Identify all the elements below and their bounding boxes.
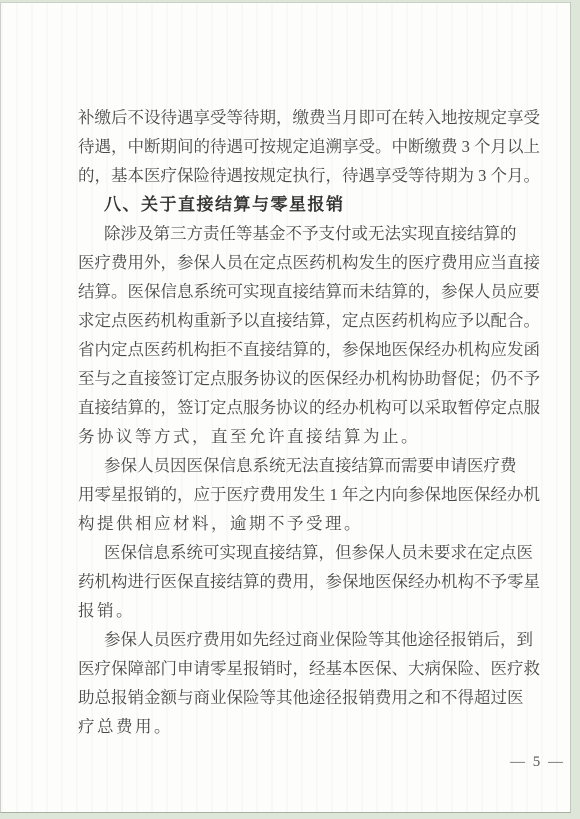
text-line: 医疗费用外，参保人员在定点医药机构发生的医疗费用应当直接: [78, 248, 508, 277]
text-line: 报销。: [78, 596, 508, 625]
text-line: 结算。医保信息系统可实现直接结算而未结算的，参保人员应要: [78, 277, 508, 306]
text-line: 至与之直接签订定点服务协议的医保经办机构协助督促；仍不予: [78, 364, 508, 393]
document-body: 补缴后不设待遇享受等待期，缴费当月即可在转入地按规定享受待遇，中断期间的待遇可按…: [1, 3, 570, 741]
text-line: 务协议等方式，直至允许直接结算为止。: [78, 422, 508, 451]
text-line: 构提供相应材料，逾期不予受理。: [78, 509, 508, 538]
text-line: 的，基本医疗保险待遇按规定执行，待遇享受等待期为 3 个月。: [78, 161, 508, 190]
section-heading: 八、关于直接结算与零星报销: [78, 190, 508, 219]
text-line: 求定点医药机构重新予以直接结算，定点医药机构应予以配合。: [78, 306, 508, 335]
text-line: 除涉及第三方责任等基金不予支付或无法实现直接结算的: [78, 219, 508, 248]
text-line: 参保人员医疗费用如先经过商业保险等其他途径报销后，到: [78, 625, 508, 654]
text-line: 疗总费用。: [78, 712, 508, 741]
text-line: 药机构进行医保直接结算的费用，参保地医保经办机构不予零星: [78, 567, 508, 596]
text-line: 医疗保障部门申请零星报销时，经基本医保、大病保险、医疗救: [78, 654, 508, 683]
text-line: 医保信息系统可实现直接结算，但参保人员未要求在定点医: [78, 538, 508, 567]
text-line: 补缴后不设待遇享受等待期，缴费当月即可在转入地按规定享受: [78, 103, 508, 132]
text-line: 直接结算的，签订定点服务协议的经办机构可以采取暂停定点服: [78, 393, 508, 422]
text-line: 参保人员因医保信息系统无法直接结算而需要申请医疗费: [78, 451, 508, 480]
text-line: 用零星报销的，应于医疗费用发生 1 年之内向参保地医保经办机: [78, 480, 508, 509]
document-page: 补缴后不设待遇享受等待期，缴费当月即可在转入地按规定享受待遇，中断期间的待遇可按…: [0, 2, 571, 813]
text-line: 省内定点医药机构拒不直接结算的，参保地医保经办机构应发函: [78, 335, 508, 364]
text-line: 待遇，中断期间的待遇可按规定追溯享受。中断缴费 3 个月以上: [78, 132, 508, 161]
text-line: 助总报销金额与商业保险等其他途径报销费用之和不得超过医: [78, 683, 508, 712]
page-number: — 5 —: [1, 754, 570, 771]
